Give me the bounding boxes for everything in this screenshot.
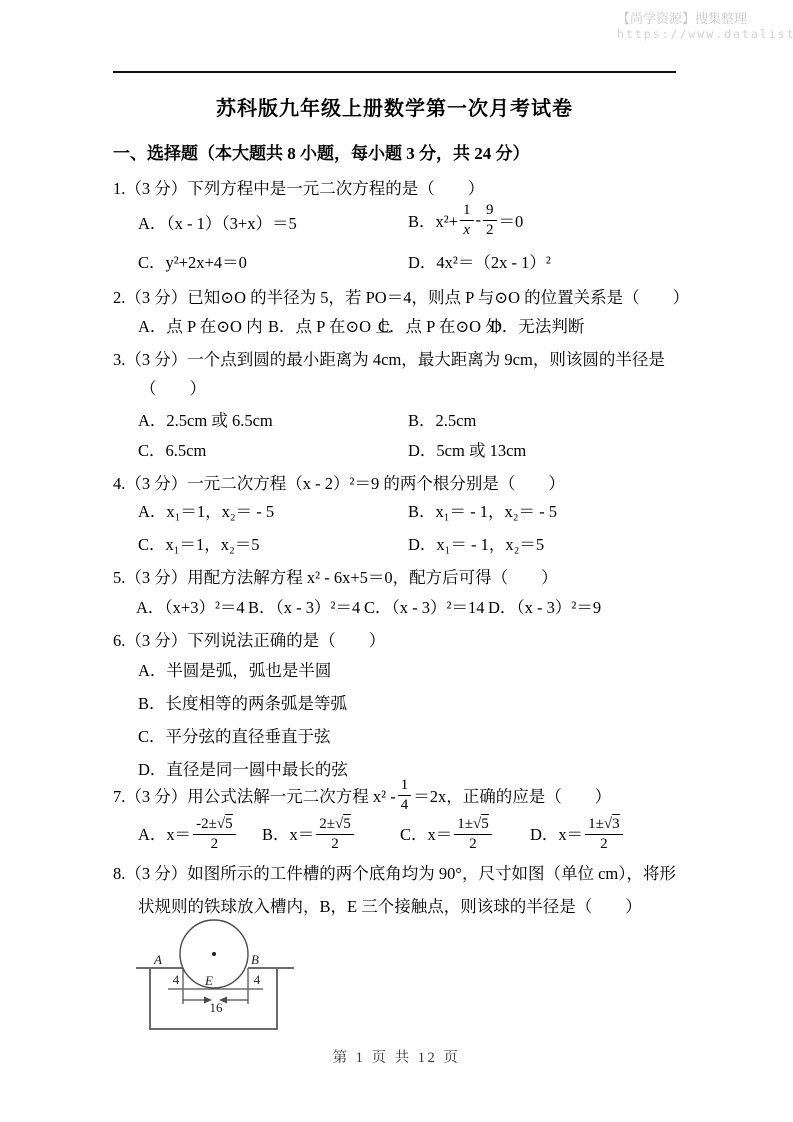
figure-depth-left: 4 <box>173 972 180 987</box>
fraction: 14 <box>398 777 412 813</box>
question-2-stem: 2.（3 分）已知⊙O 的半径为 5，若 PO＝4，则点 P 与⊙O 的位置关系… <box>113 284 689 308</box>
question-2-option-c: C．点 P 在⊙O 外 <box>378 313 502 337</box>
question-5-option-c: C．（x - 3）²＝14 <box>364 594 484 618</box>
watermark-url: https://www.datalists.cn <box>617 27 793 41</box>
question-7-option-b: B．x＝2±√52 <box>262 810 356 856</box>
question-2-option-a: A．点 P 在⊙O 内 <box>138 313 263 337</box>
question-4-option-c: C．x₁＝1，x₂＝5 <box>138 531 260 555</box>
fraction: 2±√52 <box>316 814 353 852</box>
question-3-option-d: D．5cm 或 13cm <box>408 437 526 461</box>
question-6-option-a: A．半圆是弧，弧也是半圆 <box>138 657 331 681</box>
question-5-options-row: A．（x+3）²＝4 B．（x - 3）²＝4 C．（x - 3）²＝14 D．… <box>0 594 793 616</box>
ball-center-dot <box>212 952 216 956</box>
question-2-options-row: A．点 P 在⊙O 内 B．点 P 在⊙O 上 C．点 P 在⊙O 外 D．无法… <box>0 313 793 335</box>
figure-label-a: A <box>153 952 162 967</box>
question-3-options-row-1: A．2.5cm 或 6.5cm B．2.5cm <box>0 407 793 429</box>
question-3-options-row-2: C．6.5cm D．5cm 或 13cm <box>0 437 793 459</box>
question-7-option-a: A．x＝-2±√52 <box>138 810 238 856</box>
page-title: 苏科版九年级上册数学第一次月考试卷 <box>113 92 676 121</box>
question-3-option-c: C．6.5cm <box>138 437 206 461</box>
question-5-stem: 5.（3 分）用配方法解方程 x² - 6x+5＝0，配方后可得（ ） <box>113 564 558 588</box>
exam-paper-page: 【尚学资源】搜集整理 https://www.datalists.cn 苏科版九… <box>0 0 793 1122</box>
question-4-options-row-1: A．x₁＝1，x₂＝ - 5 B．x₁＝ - 1，x₂＝ - 5 <box>0 498 793 520</box>
question-4-option-d: D．x₁＝ - 1，x₂＝5 <box>408 531 544 555</box>
question-6-stem: 6.（3 分）下列说法正确的是（ ） <box>113 627 385 651</box>
fraction: 1±√52 <box>454 814 491 852</box>
fraction: 92 <box>483 202 497 238</box>
question-6-option-b: B．长度相等的两条弧是等弧 <box>138 690 347 714</box>
question-3-stem-line-1: 3.（3 分）一个点到圆的最小距离为 4cm，最大距离为 9cm，则该圆的半径是 <box>113 346 665 370</box>
question-5-option-d: D．（x - 3）²＝9 <box>488 594 601 618</box>
question-7-option-c: C．x＝1±√52 <box>400 810 494 856</box>
figure-label-e: E <box>204 973 213 988</box>
workpiece-groove-figure: A B E 4 4 16 <box>133 912 305 1036</box>
question-2-option-d: D．无法判断 <box>490 313 584 337</box>
sqrt-icon: √ <box>604 816 612 833</box>
question-7-options-row: A．x＝-2±√52 B．x＝2±√52 C．x＝1±√52 D．x＝1±√32 <box>0 810 793 856</box>
sqrt-icon: √ <box>335 816 343 833</box>
question-1-options-row-2: C．y²+2x+4＝0 D．4x²＝（2x - 1）² <box>0 249 793 271</box>
groove-walls <box>183 968 248 1004</box>
question-7-option-d: D．x＝1±√32 <box>530 810 625 856</box>
fraction: 1x <box>460 202 474 238</box>
fraction: -2±√52 <box>193 814 235 852</box>
question-1-option-d: D．4x²＝（2x - 1）² <box>408 249 551 273</box>
question-4-stem: 4.（3 分）一元二次方程（x - 2）²＝9 的两个根分别是（ ） <box>113 470 565 494</box>
figure-label-b: B <box>251 952 259 967</box>
question-3-option-b: B．2.5cm <box>408 407 476 431</box>
question-4-option-b: B．x₁＝ - 1，x₂＝ - 5 <box>408 498 557 522</box>
sqrt-icon: √ <box>217 816 225 833</box>
question-1-option-c: C．y²+2x+4＝0 <box>138 249 247 273</box>
watermark: 【尚学资源】搜集整理 https://www.datalists.cn <box>617 8 793 41</box>
page-footer: 第 1 页 共 12 页 <box>0 1046 793 1067</box>
question-4-option-a: A．x₁＝1，x₂＝ - 5 <box>138 498 274 522</box>
question-6-option-c: C．平分弦的直径垂直于弦 <box>138 723 331 747</box>
question-1-stem: 1.（3 分）下列方程中是一元二次方程的是（ ） <box>113 175 484 199</box>
question-5-option-b: B．（x - 3）²＝4 <box>248 594 360 618</box>
sqrt-icon: √ <box>473 816 481 833</box>
question-2-option-b: B．点 P 在⊙O 上 <box>268 313 392 337</box>
figure-depth-right: 4 <box>254 972 261 987</box>
question-1-option-b: B．x²+1x - 92＝0 <box>408 199 523 241</box>
question-8-stem-line-1: 8.（3 分）如图所示的工件槽的两个底角均为 90°，尺寸如图（单位 cm），将… <box>113 860 676 884</box>
question-4-options-row-2: C．x₁＝1，x₂＝5 D．x₁＝ - 1，x₂＝5 <box>0 531 793 553</box>
section-heading: 一、选择题（本大题共 8 小题，每小题 3 分，共 24 分） <box>113 139 530 164</box>
question-1-options-row-1: A．（x - 1）（3+x）＝5 B．x²+1x - 92＝0 <box>0 199 793 241</box>
fraction: 1±√32 <box>585 814 622 852</box>
question-1-option-a: A．（x - 1）（3+x）＝5 <box>138 210 297 234</box>
question-3-option-a: A．2.5cm 或 6.5cm <box>138 407 273 431</box>
question-5-option-a: A．（x+3）²＝4 <box>136 594 245 618</box>
watermark-source-text: 【尚学资源】搜集整理 <box>617 8 793 27</box>
figure-groove-width: 16 <box>210 1000 224 1015</box>
question-3-stem-line-2: （ ） <box>140 375 206 399</box>
header-divider <box>113 71 676 73</box>
